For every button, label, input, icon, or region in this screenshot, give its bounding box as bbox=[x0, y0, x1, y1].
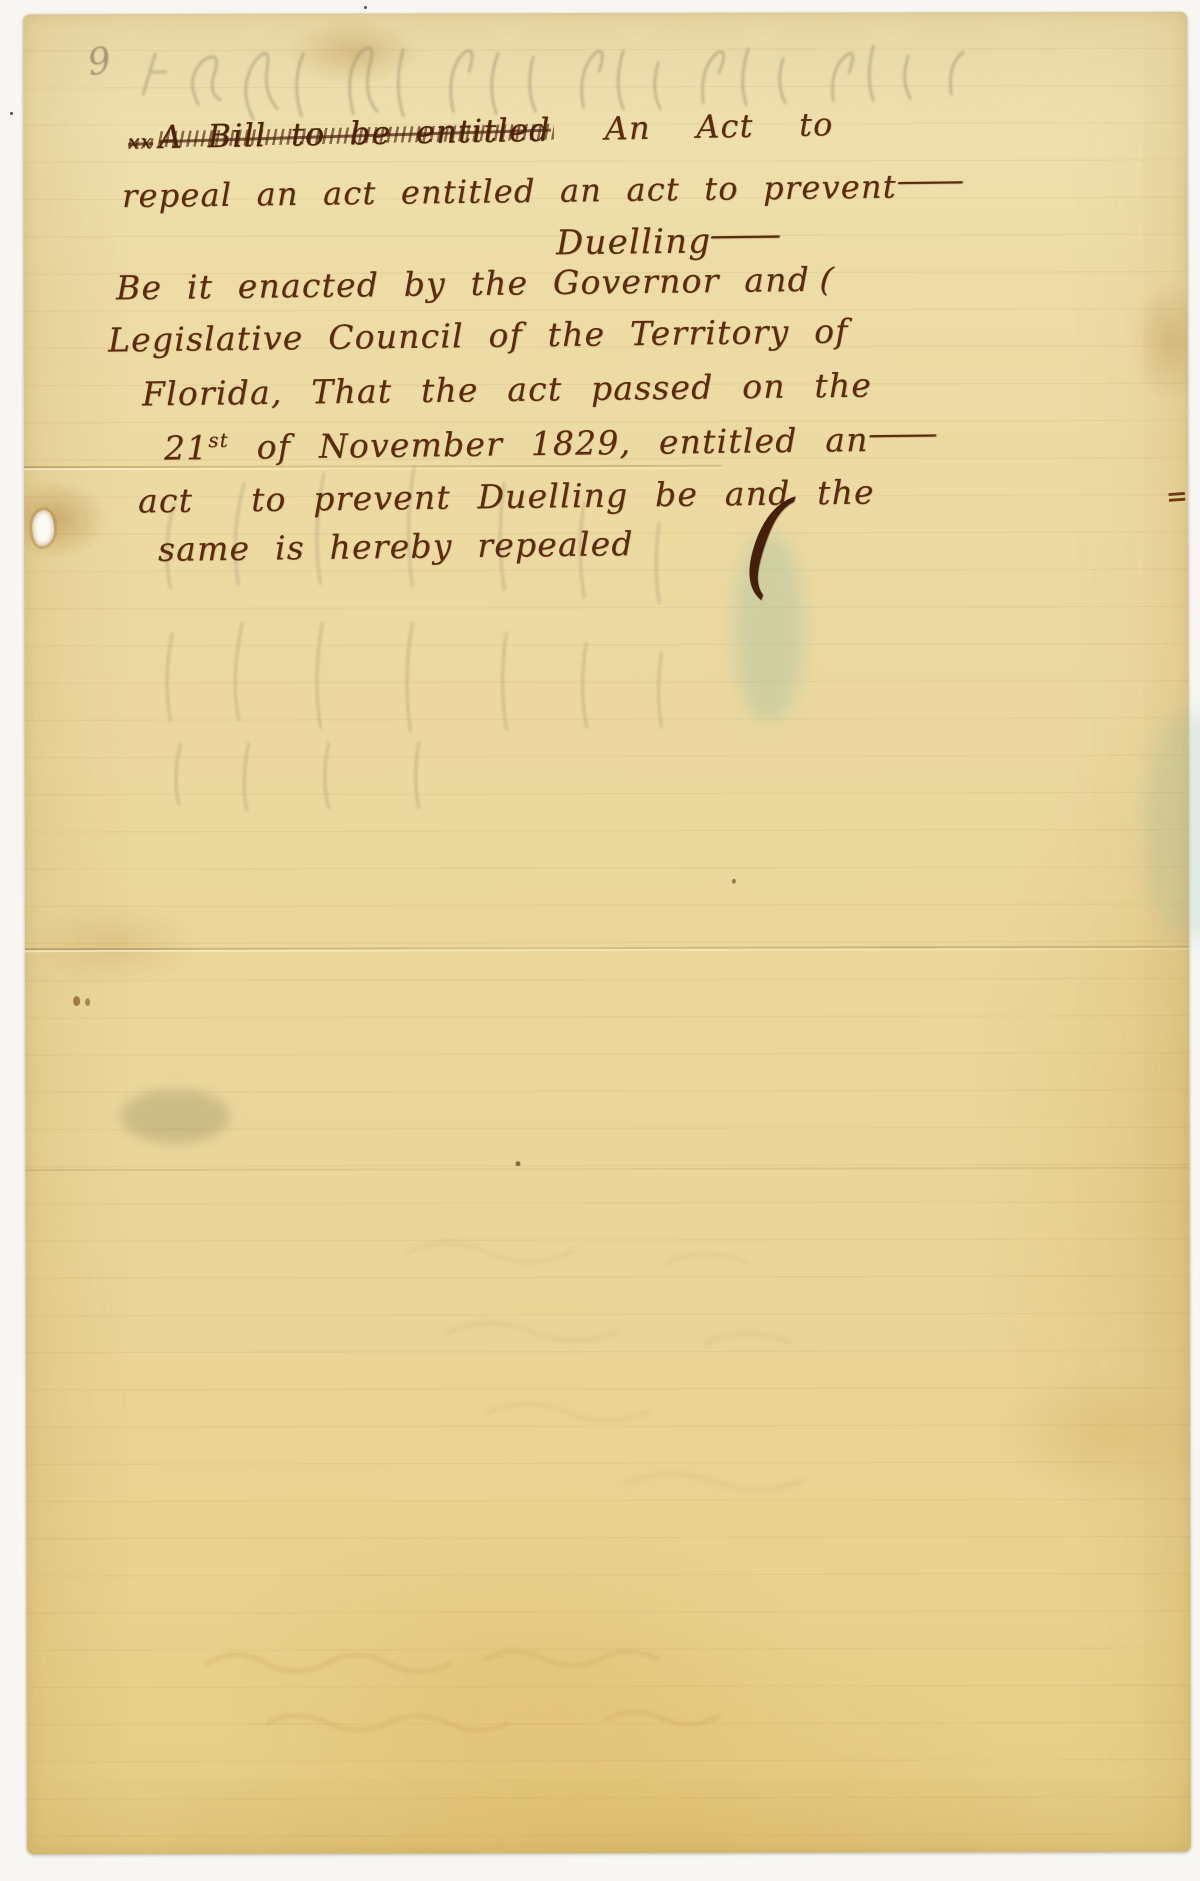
struck-title-text: A Bill to be entitled bbox=[158, 111, 551, 157]
line8-word-act: act bbox=[138, 481, 194, 521]
struck-scribble-prefix: xx bbox=[128, 130, 153, 153]
fold-crease-lower bbox=[25, 1167, 1189, 1171]
fold-crease-middle bbox=[25, 946, 1189, 952]
scan-dust-speck bbox=[364, 6, 367, 9]
ink-speck bbox=[732, 879, 736, 884]
line1-text: An Act to bbox=[604, 105, 834, 147]
ink-speck bbox=[85, 998, 90, 1006]
line3-text: Duelling bbox=[556, 221, 712, 263]
line9-text: same is hereby repealed bbox=[158, 524, 634, 569]
line7-dash-flourish: — bbox=[866, 413, 942, 453]
line2-dash-flourish: — bbox=[894, 161, 968, 200]
scan-dust-speck bbox=[10, 112, 13, 115]
line4-paren-flourish: ( bbox=[818, 259, 836, 299]
right-margin-equals-mark: = bbox=[1165, 481, 1189, 512]
blue-ink-bleed-smudge bbox=[1145, 712, 1200, 942]
line7-text: of November 1829, entitled an bbox=[256, 420, 868, 466]
line7-day-number: 21 bbox=[164, 428, 209, 468]
ink-speck bbox=[515, 1161, 520, 1166]
line7-ordinal-suffix: st bbox=[208, 429, 229, 452]
fold-crease-upper bbox=[24, 465, 722, 470]
ink-speck bbox=[73, 996, 80, 1006]
manuscript-line-3: Duelling— bbox=[556, 221, 765, 264]
manuscript-line-9: same is hereby repealed bbox=[158, 524, 634, 569]
line3-dash-flourish: — bbox=[708, 214, 786, 255]
ink-ghost-scribbles-bottom bbox=[146, 1622, 1046, 1774]
paper-hole bbox=[32, 510, 54, 546]
gray-smudge bbox=[120, 1089, 230, 1144]
ink-ghost-scribbles-lower-mid bbox=[326, 1192, 967, 1533]
